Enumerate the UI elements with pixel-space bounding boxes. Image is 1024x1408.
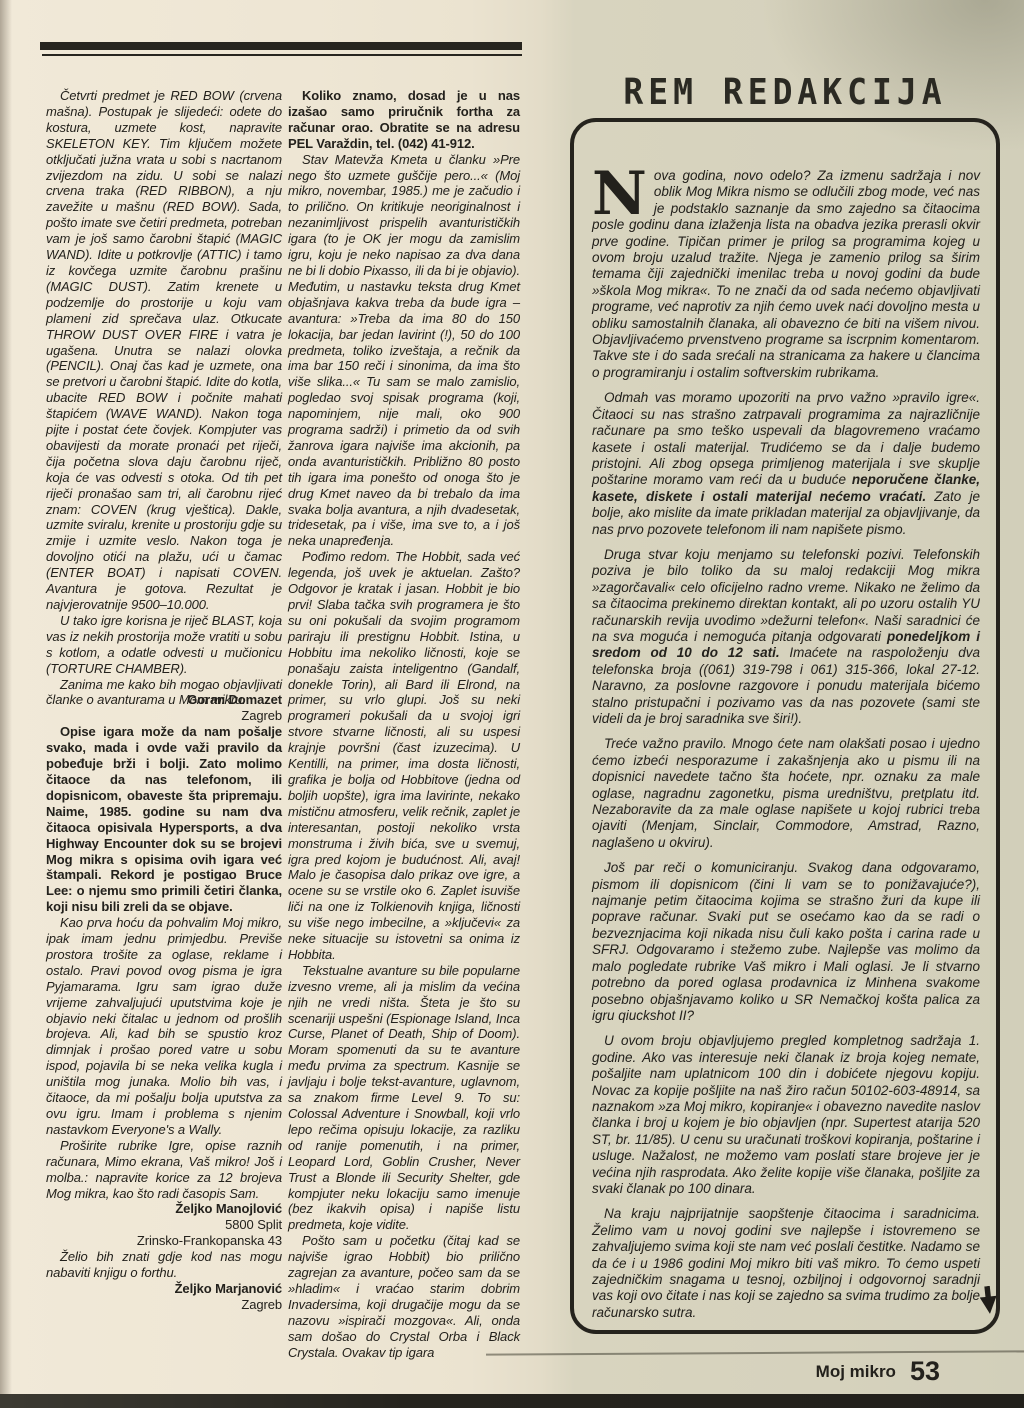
drop-cap: N <box>592 168 654 217</box>
letter-paragraph: Kao prva hoću da pohvalim Moj mikro, ipa… <box>46 915 282 1138</box>
page-number: 53 <box>910 1356 940 1386</box>
magazine-name: Moj mikro <box>816 1362 896 1381</box>
editor-reply: Opise igara može da nam pošalje svako, m… <box>46 724 282 915</box>
letter-paragraph: U tako igre korisna je riječ BLAST, koja… <box>46 613 282 677</box>
footer-rule <box>486 1350 1024 1355</box>
editorial-paragraph: Nova godina, novo odelo? Za izmenu sadrž… <box>592 168 980 381</box>
signature-name: Željko Marjanović <box>46 1281 282 1297</box>
letters-column-left: Četvrti predmet je RED BOW (crvena mašna… <box>46 88 282 1313</box>
page-edge-shadow <box>0 0 12 1408</box>
editorial-paragraph: Treće važno pravilo. Mnogo ćete nam olak… <box>592 736 980 851</box>
top-rule-thin <box>42 54 522 56</box>
editor-reply: Koliko znamo, dosad je u nas izašao samo… <box>288 88 520 152</box>
editorial-paragraph: Druga stvar koju menjamo su telefonski p… <box>592 547 980 727</box>
letter-paragraph: Pošto sam u početku (čitaj kad se najviš… <box>288 1233 520 1360</box>
letter-paragraph: Četvrti predmet je RED BOW (crvena mašna… <box>46 88 282 613</box>
top-rule <box>40 42 522 50</box>
section-title: REM REDAKCIJA <box>570 70 1000 112</box>
letter-paragraph: Pođimo redom. The Hobbit, sada već legen… <box>288 549 520 963</box>
editorial-paragraph: Još par reči o komuniciranju. Svakog dan… <box>592 860 980 1024</box>
letter-paragraph: Tekstualne avanture su bile popularne iz… <box>288 963 520 1233</box>
editorial-paragraph: U ovom broju objavljujemo pregled komple… <box>592 1033 980 1197</box>
editorial-paragraph: Odmah vas moramo upozoriti na prvo važno… <box>592 390 980 538</box>
letter-paragraph: Želio bih znati gdje kod nas mogu nabavi… <box>46 1249 282 1281</box>
editorial-box: Nova godina, novo odelo? Za izmenu sadrž… <box>570 118 1000 1334</box>
signature-city: 5800 Split <box>46 1217 282 1233</box>
letter-signature: Željko Manojlović 5800 Split Zrinsko-Fra… <box>46 1201 282 1249</box>
editorial-paragraph: Na kraju najprijatnije saopštenje čitaoc… <box>592 1206 980 1321</box>
signature-name: Željko Manojlović <box>46 1201 282 1217</box>
signature-city: Zagreb <box>46 708 282 724</box>
bottom-bar <box>0 1394 1024 1408</box>
letter-signature: Željko Marjanović Zagreb <box>46 1281 282 1313</box>
letter-paragraph: Stav Matevža Kmeta u članku »Pre nego št… <box>288 152 520 550</box>
letters-column-middle: Koliko znamo, dosad je u nas izašao samo… <box>288 88 520 1361</box>
letter-paragraph: Proširite rubrike Igre, opise raznih rač… <box>46 1138 282 1202</box>
signature-city: Zagreb <box>46 1297 282 1313</box>
signature-address: Zrinsko-Frankopanska 43 <box>46 1233 282 1249</box>
magazine-page: Četvrti predmet je RED BOW (crvena mašna… <box>0 0 1024 1408</box>
page-footer: Moj mikro53 <box>816 1356 940 1387</box>
